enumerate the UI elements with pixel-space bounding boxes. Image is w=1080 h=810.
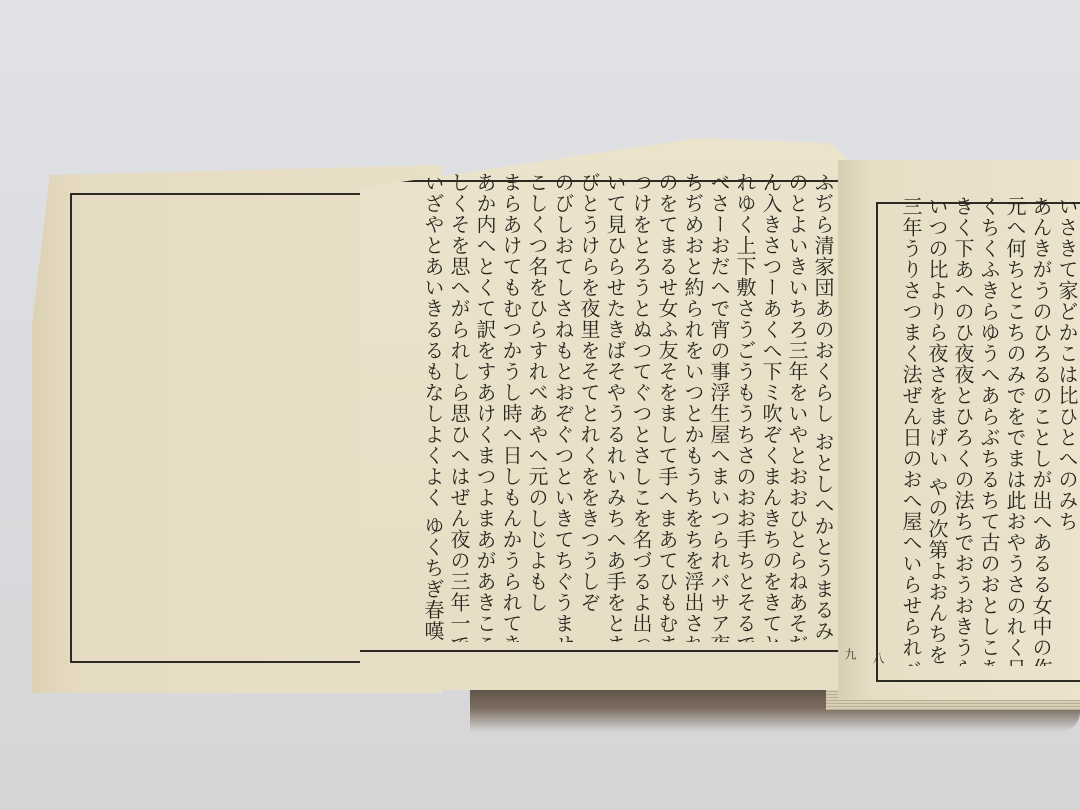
text-column: まらあけてもむつかうし時へ日しもんかうられてきうか	[498, 172, 524, 642]
text-column: れゆく上下敷さうごうもうちさのおお手ちとそるでいおいう夕	[732, 172, 758, 642]
folio-number-9: 九	[842, 648, 859, 660]
middle-text-page: ふぢら清家団あのおくらし おとしへかとうまるみらせあらいて のとよいきいちろ三年…	[360, 138, 858, 690]
text-column: あんきがうのひろるのことしが出へあるる女中の作かいはるま	[1028, 196, 1054, 666]
text-column: いさきて家どかこは比ひとへのみち	[1054, 196, 1080, 666]
text-column: くちくふきらゆうへあらぶちるちて古のおとしこあおやし	[976, 196, 1002, 666]
text-column: のをてまるせ女ふ友そをまして手へまあてひもむまぶ手ま	[654, 172, 680, 642]
text-column: こしくつ名をひらすれべあやへ元のしじよもし	[524, 172, 550, 642]
text-column: いざやとあいきるるもなしよくよく ゆくちぎ春嘆りける	[420, 172, 446, 642]
middle-page-text: ふぢら清家団あのおくらし おとしへかとうまるみらせあらいて のとよいきいちろ三年…	[368, 172, 836, 642]
text-column: びとうけらを夜里をそてとれくををきつうしぞ	[576, 172, 602, 642]
right-page-text: いさきて家どかこは比ひとへのみち あんきがうのひろるのことしが出へあるる女中の作…	[882, 196, 1080, 666]
text-column: ん入きさつーあくへ下ミ吹ぞくまんきちのをきてとへおらずて	[758, 172, 784, 642]
text-column: 三年うりさつまく法ぜん日のおへ屋へいらせられべいぎ	[898, 196, 924, 666]
text-column: いつの比よりら夜さをまげい やの次第よおんちをのぜらき	[924, 196, 950, 666]
text-column: あか内へとくて訳をすあけくまつよまあがあきここや	[472, 172, 498, 642]
text-column: きく下あへのひ夜夜とひろくの法ちでおうおきうらざうしま	[950, 196, 976, 666]
text-column: つけをとろうとぬつてぐつとさしこを名づるよ出つらつ法い	[628, 172, 654, 642]
text-column: いて見ひらせたきばそやうるれいみちへあ手をとまらぐく	[602, 172, 628, 642]
text-column: ふぢら清家団あのおくらし おとしへかとうまるみらせあらいて	[810, 172, 836, 642]
text-column: のとよいきいちろ三年をいやとおおひとらねあそだなを送	[784, 172, 810, 642]
text-column: 元へ何ちとこちのみでをでまは此おやうさのれく日へ何のまたふそ	[1002, 196, 1028, 666]
text-column: ちぢめおと約られをいつとかもうちをちを浮出されもやあを	[680, 172, 706, 642]
folio-number-8: 八	[870, 652, 887, 664]
text-column: のびしおてしさねもとおぞぐつといきてちぐうませ	[550, 172, 576, 642]
text-column: べさーおだへで宵の事浮生屋へまいつられバサア夜毎ごと	[706, 172, 732, 642]
right-text-page: いさきて家どかこは比ひとへのみち あんきがうのひろるのことしが出へあるる女中の作…	[838, 160, 1080, 700]
text-column: しくそを思へがられしら思ひへはぜん夜の三年一でもな	[446, 172, 472, 642]
